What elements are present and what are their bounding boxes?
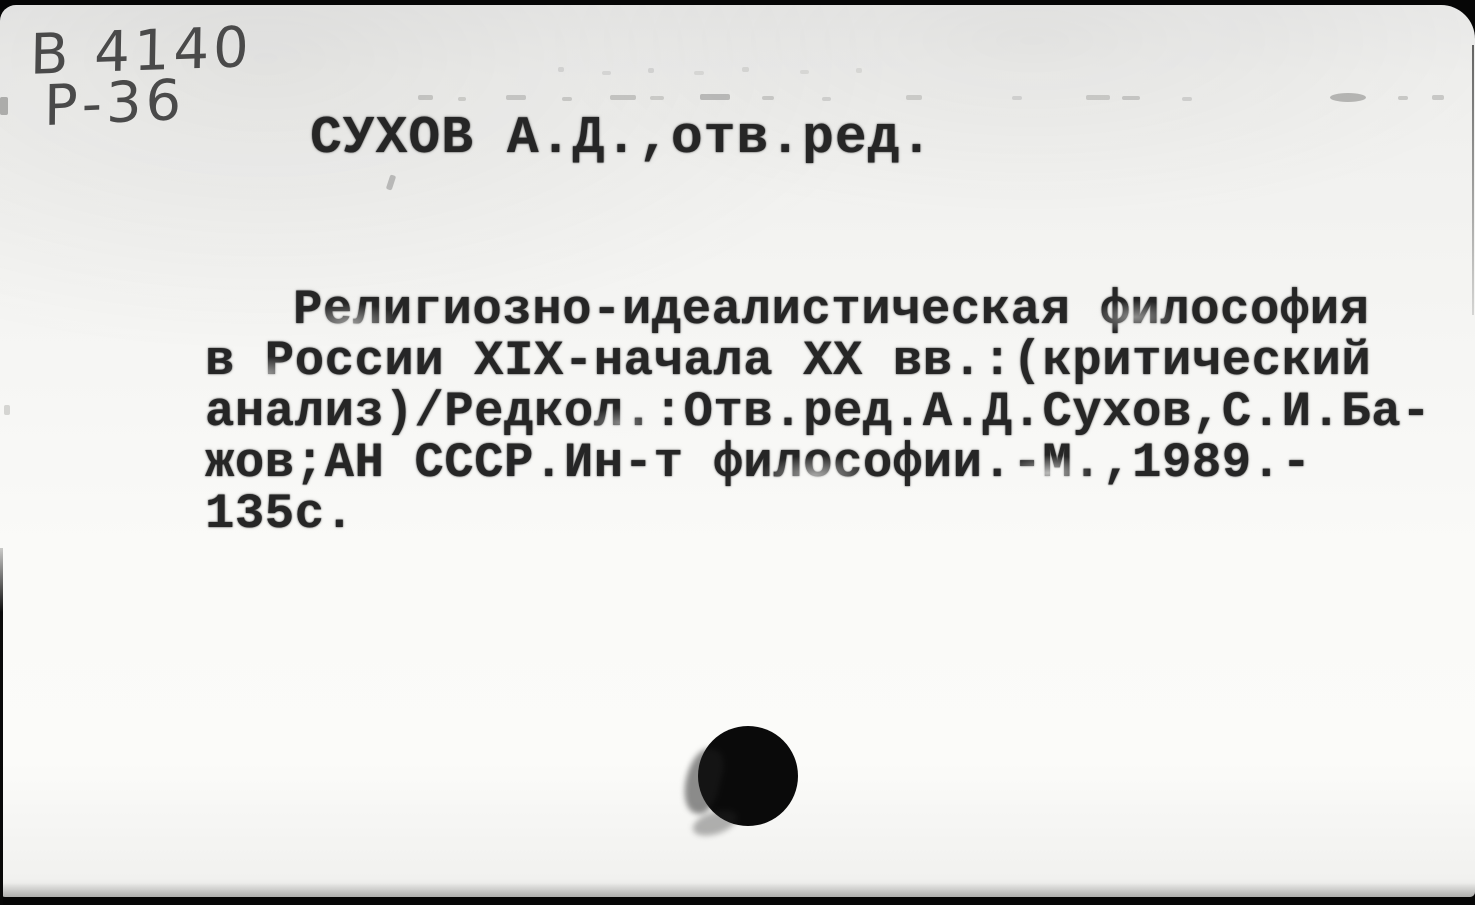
scan-noise-mark xyxy=(418,95,433,100)
call-number-bottom: Р-36 xyxy=(44,68,186,139)
scan-noise-mark xyxy=(1330,93,1366,102)
scan-noise-mark xyxy=(506,95,526,100)
punch-hole-dot xyxy=(698,726,798,826)
catalog-card: В 4140 Р-36 СУХОВ А.Д.,отв.ред. Религиоз… xyxy=(0,5,1475,897)
scan-noise-mark xyxy=(1012,96,1022,100)
scanned-catalog-card-page: { "scan": { "call_number": { "line1": "В… xyxy=(0,0,1475,905)
scan-noise-mark xyxy=(762,96,774,100)
scan-noise-mark xyxy=(1398,96,1408,100)
scan-noise-mark xyxy=(822,97,831,101)
scan-noise-mark xyxy=(700,94,730,100)
scan-noise-mark xyxy=(650,96,664,100)
scan-noise-mark xyxy=(4,405,10,415)
editor-heading: СУХОВ А.Д.,отв.ред. xyxy=(310,109,933,167)
scan-noise-mark xyxy=(1086,95,1110,100)
entry-line: Религиозно-идеалистическая философия xyxy=(205,285,1465,336)
left-edge-scan-line xyxy=(0,548,3,905)
bibliographic-entry: Религиозно-идеалистическая философия в Р… xyxy=(205,285,1465,540)
entry-line: жов;АН СССР.Ин-т философии.-М.,1989.- xyxy=(205,438,1465,489)
entry-line: анализ)/Редкол.:Отв.ред.А.Д.Сухов,С.И.Ба… xyxy=(205,387,1465,438)
scan-noise-mark xyxy=(800,70,809,74)
entry-line: в России XIX-начала XX вв.:(критический xyxy=(205,336,1465,387)
scan-noise-mark xyxy=(602,71,611,75)
scan-noise-mark xyxy=(856,68,862,73)
scan-noise-mark xyxy=(694,71,704,75)
scan-noise-mark xyxy=(648,68,654,73)
scan-noise-mark xyxy=(1182,97,1192,101)
scan-noise-mark xyxy=(1122,96,1140,100)
scan-noise-mark xyxy=(558,67,564,72)
scan-noise-mark xyxy=(1432,95,1444,100)
scan-noise-mark xyxy=(906,95,922,100)
right-edge-scan-line xyxy=(1472,45,1474,315)
scan-noise-mark xyxy=(458,97,466,101)
scan-noise-mark xyxy=(742,67,749,72)
scan-noise-mark xyxy=(610,95,636,100)
bottom-scan-shadow xyxy=(0,883,1475,897)
scan-noise-mark xyxy=(386,174,396,190)
scan-noise-mark xyxy=(0,97,8,115)
entry-line: 135с. xyxy=(205,489,1465,540)
scan-noise-mark xyxy=(562,97,572,101)
